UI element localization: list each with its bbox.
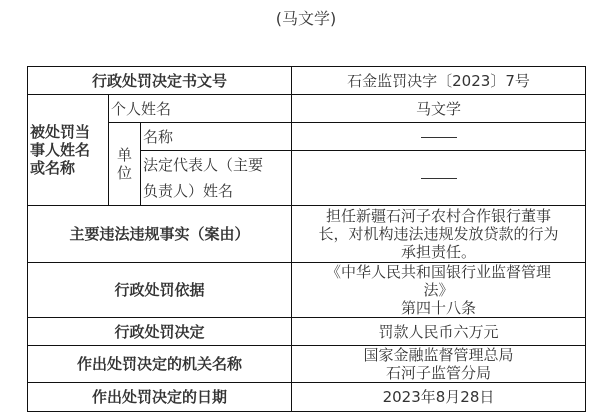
unit-label-line: 单 — [111, 146, 138, 164]
empty-dash — [421, 137, 457, 138]
unit-label: 单 位 — [109, 123, 141, 206]
basis-line: 《中华人民共和国银行业监督管理 — [294, 263, 583, 281]
decision-value: 罚款人民币六万元 — [292, 318, 586, 346]
individual-name-label: 个人姓名 — [109, 95, 292, 123]
penalty-decision-table: 行政处罚决定书文号 石金监罚决字〔2023〕7号 被处罚当 事人姓名 或名称 个… — [27, 66, 586, 412]
authority-label: 作出处罚决定的机关名称 — [28, 346, 292, 383]
row-date: 作出处罚决定的日期 2023年8月28日 — [28, 383, 586, 412]
row-facts: 主要违法违规事实（案由） 担任新疆石河子农村合作银行董事 长，对机构违法违规发放… — [28, 206, 586, 263]
date-label: 作出处罚决定的日期 — [28, 383, 292, 412]
party-label-line: 事人姓名 — [30, 141, 106, 159]
row-doc-number: 行政处罚决定书文号 石金监罚决字〔2023〕7号 — [28, 67, 586, 95]
doc-number-value: 石金监罚决字〔2023〕7号 — [292, 67, 586, 95]
basis-label: 行政处罚依据 — [28, 263, 292, 318]
unit-name-label: 名称 — [141, 123, 292, 151]
unit-name-value — [292, 123, 586, 151]
empty-dash — [421, 178, 457, 179]
basis-value: 《中华人民共和国银行业监督管理 法》 第四十八条 — [292, 263, 586, 318]
party-label-line: 或名称 — [30, 159, 106, 177]
party-label-line: 被处罚当 — [30, 123, 106, 141]
authority-line: 石河子监管分局 — [294, 364, 583, 382]
document-caption: (马文学) — [0, 8, 612, 30]
row-basis: 行政处罚依据 《中华人民共和国银行业监督管理 法》 第四十八条 — [28, 263, 586, 318]
doc-number-label: 行政处罚决定书文号 — [28, 67, 292, 95]
facts-line: 长，对机构违法违规发放贷款的行为 — [294, 225, 583, 243]
individual-name-value: 马文学 — [292, 95, 586, 123]
facts-value: 担任新疆石河子农村合作银行董事 长，对机构违法违规发放贷款的行为 承担责任。 — [292, 206, 586, 263]
basis-line: 法》 — [294, 281, 583, 299]
basis-line: 第四十八条 — [294, 299, 583, 317]
row-authority: 作出处罚决定的机关名称 国家金融监督管理总局 石河子监管分局 — [28, 346, 586, 383]
facts-label: 主要违法违规事实（案由） — [28, 206, 292, 263]
decision-label: 行政处罚决定 — [28, 318, 292, 346]
facts-line: 承担责任。 — [294, 243, 583, 261]
authority-line: 国家金融监督管理总局 — [294, 346, 583, 364]
facts-line: 担任新疆石河子农村合作银行董事 — [294, 207, 583, 225]
legal-rep-label-line: 负责人）姓名 — [143, 178, 289, 204]
authority-value: 国家金融监督管理总局 石河子监管分局 — [292, 346, 586, 383]
legal-rep-label: 法定代表人（主要 负责人）姓名 — [141, 151, 292, 206]
row-unit-name: 单 位 名称 — [28, 123, 586, 151]
party-label: 被处罚当 事人姓名 或名称 — [28, 95, 109, 206]
legal-rep-value — [292, 151, 586, 206]
row-decision: 行政处罚决定 罚款人民币六万元 — [28, 318, 586, 346]
legal-rep-label-line: 法定代表人（主要 — [143, 152, 289, 178]
date-value: 2023年8月28日 — [292, 383, 586, 412]
row-individual-name: 被处罚当 事人姓名 或名称 个人姓名 马文学 — [28, 95, 586, 123]
unit-label-line: 位 — [111, 164, 138, 182]
